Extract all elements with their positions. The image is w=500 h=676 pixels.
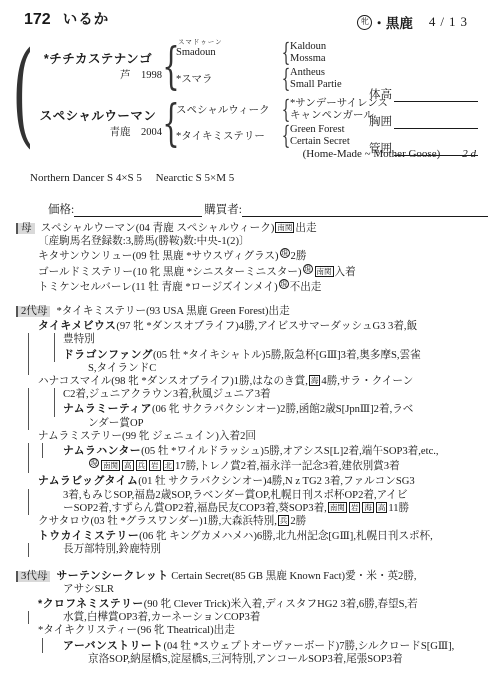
sire-name: *チチカステナンゴ: [30, 49, 166, 67]
catalog-line: ナムラビッグタイム(01 牡 サクラバクシンオー)4勝,N z TG2 3着,フ…: [8, 473, 492, 488]
status-circle: 現: [280, 248, 290, 258]
pair-bracket: {: [284, 98, 288, 121]
text-run: ーSOP2着,すずらん賞OP2着,福島民友COP3着,葵SOP3着,: [63, 503, 327, 514]
status-circle: 現: [279, 279, 289, 289]
catalog-line: 2代母*タイキミステリー(93 USA 黒鹿 Green Forest)出走: [8, 305, 492, 318]
catalog-line: 現南関高兵岩北17勝,トレノ賞2着,福永洋一記念3着,建依別賞3着: [8, 458, 492, 473]
coat-color: ・黒鹿: [372, 12, 413, 32]
text-run: 出走: [295, 223, 316, 234]
text-run: ゴールドミステリー(10 牝 黒鹿 *シニスターミニスター): [38, 267, 302, 278]
text-run: キタサンウンリュー(09 牡 黒鹿 *サウスヴィグラス): [38, 251, 279, 262]
sire-year: 1998: [141, 70, 162, 81]
region-box: 北: [163, 460, 175, 471]
catalog-line: 京洛SOP,納屋橋S,淀屋橋S,三河特別,アンコールSOP3着,尾張SOP3着: [8, 653, 492, 666]
outer-bracket: (: [21, 40, 26, 148]
chest-row: 胸囲: [369, 113, 478, 129]
text-run: 2勝: [290, 516, 306, 527]
horse-name: *クロフネミステリー: [38, 598, 144, 610]
chest-blank: [394, 116, 478, 129]
status-circle: 現: [303, 264, 313, 274]
tree-connector-line: [28, 443, 29, 458]
horse-name: アーバンストリート: [63, 640, 163, 652]
tree-connector-line: [42, 638, 43, 653]
text-run: 11勝: [388, 503, 409, 514]
catalog-line: *タイキクリスティー(96 牝 Theatrical)出走: [8, 624, 492, 637]
tree-connector-line: [54, 401, 55, 416]
catalog-line: *クロフネミステリー(90 牝 Clever Trick)米入着,ディスタフHG…: [8, 596, 492, 611]
dam-cell: スペシャルウーマン 青鹿 2004: [30, 106, 166, 139]
grandsire-cell: スペシャルウィーク: [176, 102, 282, 117]
catalog-line: アサシSLR: [8, 583, 492, 596]
header-right: 牝 ・黒鹿 4/13: [357, 12, 472, 32]
dam-year: 2004: [141, 127, 162, 138]
text-run: 2勝: [291, 251, 307, 262]
text-run: 豊特別: [63, 334, 95, 345]
region-box: 南関: [328, 502, 347, 513]
text-run: 3着,もみじSOP,福島2歳SOP,ラベンダー賞OP,札幌日刊スポ杯OP2着,ア…: [63, 490, 407, 501]
catalog-line: ドラゴンファング(05 牡 *タイキシャトル)5勝,阪急杯[GⅢ]3着,奥多摩S…: [8, 347, 492, 362]
text-run: (97 牝 *ダンスオブライフ)4勝,アイビスサマーダッシュG3 3着,飯: [116, 321, 417, 332]
grandsire-furigana: スマドゥーン: [178, 40, 223, 46]
section-gap: [8, 557, 492, 568]
horse-name: ナムラビッグタイム: [38, 475, 138, 487]
lot-title: 172 いるか: [24, 8, 109, 29]
catalog-line: タイキメビウス(97 牝 *ダンスオブライフ)4勝,アイビスサマーダッシュG3 …: [8, 318, 492, 333]
sire-color-year: 芦 1998: [30, 67, 166, 82]
text-run: (05 牡 *ワイルドラッシュ)5勝,オアシスS[L]2着,端午SOP3着,et…: [141, 446, 438, 457]
text-run: (05 牡 *タイキシャトル)5勝,阪急杯[GⅢ]3着,奥多摩S,雲雀: [153, 350, 421, 361]
tree-connector-line: [28, 458, 29, 473]
text-run: 不出走: [290, 282, 322, 293]
cannon-row: 管囲: [369, 140, 478, 156]
text-run: *タイキクリスティー(96 牝 Theatrical)出走: [38, 625, 235, 636]
horse-name: タイキメビウス: [38, 320, 116, 332]
horse-name: サーテンシークレット: [56, 570, 168, 582]
region-box: 高: [376, 502, 388, 513]
pair-bracket: {: [284, 67, 288, 90]
tree-connector-line: [54, 347, 55, 362]
granddam-name: *タイキミステリー: [176, 128, 282, 143]
dam-color: 青鹿: [110, 127, 131, 138]
tree-connector-line: [28, 417, 29, 430]
text-run: *タイキミステリー(93 USA 黒鹿 Green Forest)出走: [56, 306, 289, 317]
pedigree-chart: ( *チチカステナンゴ 芦 1998 { スマドゥーン Smadoun: [8, 40, 492, 148]
tree-connector-line: [54, 333, 55, 346]
sex-circle-icon: 牝: [357, 15, 372, 30]
horse-name: トウカイミステリー: [38, 530, 139, 542]
catalog-line: アーバンストリート(04 牡 *スウェプトオーヴァーボード)7勝,シルクロードS…: [8, 638, 492, 653]
catalog-line: トウカイミステリー(06 牝 キングカメハメハ)6勝,北九州記念[GⅢ],札幌日…: [8, 528, 492, 543]
tree-connector-line: [28, 388, 29, 401]
ggp-name: Kaldoun: [290, 41, 408, 53]
catalog-line: ーSOP2着,すずらん賞OP2着,福島民友COP3着,葵SOP3着,南関岩海高1…: [8, 502, 492, 515]
grandsire-row: スマドゥーン Smadoun { Kaldoun Mossma: [176, 41, 408, 64]
dam-name: スペシャルウーマン: [30, 106, 166, 124]
catalog-page: 172 いるか 牝 ・黒鹿 4/13 ( *チチカステナンゴ 芦 1998 {: [0, 0, 500, 676]
text-run: スペシャルウーマン(04 青鹿 スペシャルウィーク): [41, 223, 275, 234]
section-gap: [8, 294, 492, 305]
text-run: クサタロウ(03 牡 *グラスワンダー)1勝,大森浜特別,: [38, 516, 277, 527]
tree-connector-line: [28, 401, 29, 416]
price-row: 価格: 購買者:: [48, 201, 488, 217]
pair-bracket: {: [284, 124, 288, 147]
measurements: 体高 胸囲 管囲: [369, 86, 478, 167]
ggp-name: Antheus: [290, 67, 408, 79]
great-grandparents: Kaldoun Mossma: [290, 41, 408, 64]
height-blank: [394, 89, 478, 102]
page-header: 172 いるか 牝 ・黒鹿 4/13: [8, 6, 492, 32]
catalog-line: ナムラミステリー(99 牝 ジェニュイン)入着2回: [8, 430, 492, 443]
text-run: S,タイランドC: [88, 363, 156, 374]
catalog-line: 3着,もみじSOP,福島2歳SOP,ラベンダー賞OP,札幌日刊スポ杯OP2着,ア…: [8, 489, 492, 502]
sire-bracket: {: [168, 41, 174, 90]
tree-connector-line: [28, 362, 29, 375]
catalog-line: 水賞,白樺賞OP3着,カーネーションCOP3着: [8, 611, 492, 624]
tree-connector-line: [28, 543, 29, 556]
horse-name: ナムラミーティア: [63, 403, 152, 415]
sire-family: *チチカステナンゴ 芦 1998 { スマドゥーン Smadoun {: [30, 41, 408, 90]
sire-parents: スマドゥーン Smadoun { Kaldoun Mossma *スマラ: [176, 41, 408, 90]
buyer-blank: [242, 204, 488, 217]
section-label: 3代母: [16, 571, 50, 582]
granddam-cell: *スマラ: [176, 71, 282, 86]
dam-color-year: 青鹿 2004: [30, 124, 166, 139]
catalog-line: ゴールドミステリー(10 牝 黒鹿 *シニスターミニスター)現南関入着: [8, 264, 492, 279]
text-run: 17勝,トレノ賞2着,福永洋一記念3着,建依別賞3着: [175, 461, 400, 472]
page-number: 4/13: [429, 14, 472, 30]
region-box: 岩: [349, 502, 361, 513]
catalog-line: C2着,ジュニアクラウン3着,秋風ジュニア3着: [8, 388, 492, 401]
catalog-line: ンダー賞OP: [8, 417, 492, 430]
text-run: ンダー賞OP: [88, 418, 144, 429]
text-run: (06 牝 キングカメハメハ)6勝,北九州記念[GⅢ],札幌日刊スポ杯,: [139, 531, 433, 542]
grandsire-name: Smadoun: [176, 47, 282, 58]
text-run: Certain Secret(85 GB 黒鹿 Known Fact)愛・米・英…: [169, 571, 417, 582]
tree-connector-line: [54, 388, 55, 401]
catalog-line: トミケンセルバーレ(11 牡 青鹿 *ロージズインメイ)現不出走: [8, 279, 492, 294]
text-run: 京洛SOP,納屋橋S,淀屋橋S,三河特別,アンコールSOP3着,尾張SOP3着: [88, 654, 403, 665]
families: *チチカステナンゴ 芦 1998 { スマドゥーン Smadoun {: [30, 41, 408, 147]
status-circle: 現: [89, 458, 99, 468]
text-run: (04 牡 *スウェプトオーヴァーボード)7勝,シルクロードS[GⅢ],: [163, 641, 454, 652]
price-label: 価格:: [48, 201, 74, 217]
region-box: 南関: [315, 266, 334, 277]
section-label: 母: [16, 223, 35, 234]
region-box: 高: [122, 460, 134, 471]
height-label: 体高: [369, 86, 392, 102]
tree-connector-line: [28, 502, 29, 515]
text-run: アサシSLR: [63, 584, 114, 595]
horse-name: ナムラハンター: [63, 445, 141, 457]
catalog-line: ナムラミーティア(06 牝 サクラバクシンオー)2勝,函館2歳S[JpnⅢ]2着…: [8, 401, 492, 416]
inbreeding-note: Northern Dancer S 4×S 5 Nearctic S 5×M 5: [30, 169, 492, 185]
catalog-line: ハナコスマイル(98 牝 *ダンスオブライフ)1勝,はなのき賞,海4勝,サラ・ク…: [8, 375, 492, 388]
horse-name: ドラゴンファング: [63, 349, 153, 361]
text-run: ハナコスマイル(98 牝 *ダンスオブライフ)1勝,はなのき賞,: [38, 376, 308, 387]
text-run: 水賞,白樺賞OP3着,カーネーションCOP3着: [63, 612, 260, 623]
text-run: C2着,ジュニアクラウン3着,秋風ジュニア3着: [63, 389, 271, 400]
catalog-line: ナムラハンター(05 牡 *ワイルドラッシュ)5勝,オアシスS[L]2着,端午S…: [8, 443, 492, 458]
height-row: 体高: [369, 86, 478, 102]
grandsire-name: スペシャルウィーク: [176, 102, 282, 117]
catalog-line: 〔産駒馬名登録数:3,勝馬(勝鞍)数:中央-1(2)〕: [8, 235, 492, 248]
text-run: トミケンセルバーレ(11 牡 青鹿 *ロージズインメイ): [38, 282, 278, 293]
catalog-line: 母スペシャルウーマン(04 青鹿 スペシャルウィーク)南関出走: [8, 222, 492, 235]
pedigree-notes: 母スペシャルウーマン(04 青鹿 スペシャルウィーク)南関出走〔産駒馬名登録数:…: [8, 222, 492, 666]
catalog-line: クサタロウ(03 牡 *グラスワンダー)1勝,大森浜特別,兵2勝: [8, 515, 492, 528]
chest-label: 胸囲: [369, 113, 392, 129]
ggp-name: Mossma: [290, 53, 408, 65]
tree-connector-line: [28, 333, 29, 346]
catalog-number: 172: [24, 11, 51, 29]
tree-connector-line: [28, 347, 29, 362]
text-run: 入着: [335, 267, 356, 278]
cannon-label: 管囲: [369, 140, 392, 156]
price-blank: [74, 204, 202, 217]
dam-bracket: {: [168, 98, 174, 147]
text-run: 長万部特別,鈴鹿特別: [63, 544, 161, 555]
granddam-name: *スマラ: [176, 71, 282, 86]
catalog-line: 豊特別: [8, 333, 492, 346]
sire-color: 芦: [120, 70, 131, 81]
region-box: 兵: [278, 515, 290, 526]
text-run: ナムラミステリー(99 牝 ジェニュイン)入着2回: [38, 431, 256, 442]
tree-connector-line: [28, 489, 29, 502]
region-box: 兵: [136, 460, 148, 471]
text-run: 〔産駒馬名登録数:3,勝馬(勝鞍)数:中央-1(2)〕: [38, 236, 250, 247]
text-run: 4勝,サラ・クイーン: [321, 376, 413, 387]
catalog-line: S,タイランドC: [8, 362, 492, 375]
catalog-line: 3代母サーテンシークレット Certain Secret(85 GB 黒鹿 Kn…: [8, 568, 492, 583]
sire-cell: *チチカステナンゴ 芦 1998: [30, 49, 166, 82]
region-box: 南関: [275, 222, 294, 233]
granddam-cell: *タイキミステリー: [176, 128, 282, 143]
region-box: 海: [309, 375, 321, 386]
dam-family: スペシャルウーマン 青鹿 2004 { スペシャルウィーク { *サンデーサイレ…: [30, 98, 408, 147]
catalog-line: 長万部特別,鈴鹿特別: [8, 543, 492, 556]
horse-name-title: いるか: [63, 8, 110, 29]
text-run: (06 牝 サクラバクシンオー)2勝,函館2歳S[JpnⅢ]2着,ラベ: [152, 404, 413, 415]
region-box: 海: [362, 502, 374, 513]
tree-connector-line: [28, 611, 29, 624]
region-box: 岩: [149, 460, 161, 471]
tree-connector-line: [42, 443, 43, 458]
text-run: (90 牝 Clever Trick)米入着,ディスタフHG2 3着,6勝,春望…: [144, 599, 418, 610]
buyer-label: 購買者:: [204, 201, 242, 217]
cannon-blank: [394, 143, 478, 156]
text-run: (01 牡 サクラバクシンオー)4勝,N z TG2 3着,ファルコンSG3: [138, 476, 414, 487]
grandsire-cell: スマドゥーン Smadoun: [176, 47, 282, 58]
section-label: 2代母: [16, 306, 50, 317]
region-box: 南関: [101, 460, 120, 471]
pair-bracket: {: [284, 41, 288, 64]
catalog-line: キタサンウンリュー(09 牡 黒鹿 *サウスヴィグラス)現2勝: [8, 248, 492, 263]
